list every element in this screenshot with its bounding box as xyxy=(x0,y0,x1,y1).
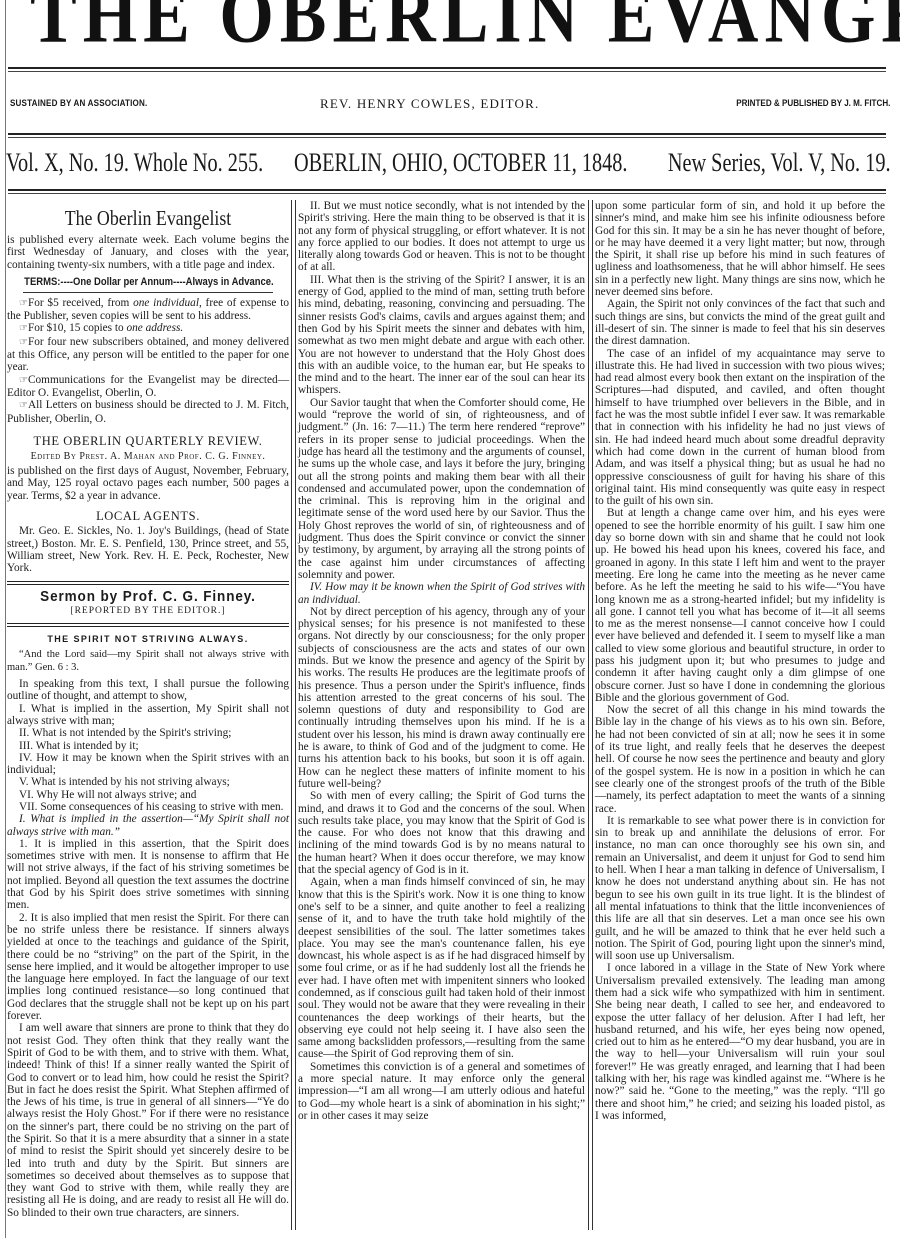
outline-item: VI. Why He will not always strive; and xyxy=(7,789,289,801)
quarterly-review-editors: Edited By Prest. A. Mahan and Prof. C. G… xyxy=(7,451,289,463)
page-edge xyxy=(5,0,6,1238)
quarterly-review-title: THE OBERLIN QUARTERLY REVIEW. xyxy=(7,433,289,449)
outline-item: III. What is intended by it; xyxy=(7,740,289,752)
notice-item: ☞For $5 received, from one individual, f… xyxy=(7,297,289,323)
sermon-rule-bottom xyxy=(7,623,289,627)
sermon-intro: In speaking from this text, I shall purs… xyxy=(7,678,289,703)
masthead-rule-top-thin xyxy=(8,71,886,72)
body-paragraph: Our Savior taught that when the Comforte… xyxy=(298,397,585,581)
column-1: The Oberlin Evangelist is published ever… xyxy=(7,200,289,1219)
column-divider-1 xyxy=(291,200,296,1230)
issue-row: Vol. X, No. 19. Whole No. 255. OBERLIN, … xyxy=(6,148,891,182)
body-paragraph: Not by direct perception of his agency, … xyxy=(298,606,585,790)
body-paragraph: So with men of every calling; the Spirit… xyxy=(298,790,585,876)
local-agents-title: LOCAL AGENTS. xyxy=(7,510,289,522)
body-paragraph: III. What then is the striving of the Sp… xyxy=(298,274,585,397)
scripture-quote: “And the Lord said—my Spirit shall not a… xyxy=(7,649,289,674)
body-paragraph: But at length a change came over him, an… xyxy=(595,507,885,704)
volume-number: Vol. X, No. 19. Whole No. 255. xyxy=(6,148,263,178)
local-agents-text: Mr. Geo. E. Sickles, No. 1. Joy's Buildi… xyxy=(7,525,289,574)
series-number: New Series, Vol. V, No. 19. xyxy=(668,148,891,178)
outline-item: IV. How it may be known when the Spirit … xyxy=(7,752,289,777)
terms-rule xyxy=(23,292,273,293)
body-paragraph: Again, the Spirit not only convinces of … xyxy=(595,298,885,347)
info-box-title: The Oberlin Evangelist xyxy=(28,206,268,230)
quarterly-review-description: is published on the first days of August… xyxy=(7,465,289,502)
notice-item: ☞All Letters on business should be direc… xyxy=(7,399,289,425)
outline-item: I. What is implied in the assertion, My … xyxy=(7,703,289,728)
sermon-rule-top xyxy=(7,581,289,585)
notice-item: ☞For four new subscribers obtained, and … xyxy=(7,336,289,374)
sponsor-row: SUSTAINED BY AN ASSOCIATION. REV. HENRY … xyxy=(10,98,890,118)
terms-line: TERMS:----One Dollar per Annum----Always… xyxy=(7,274,291,290)
masthead-rule-top xyxy=(8,67,886,69)
dateline: OBERLIN, OHIO, OCTOBER 11, 1848. xyxy=(294,148,627,178)
sermon-subtitle: THE SPIRIT NOT STRIVING ALWAYS. xyxy=(7,633,289,645)
info-box-description: is published every alternate week. Each … xyxy=(7,234,289,271)
issue-rule-thin xyxy=(8,193,886,194)
body-paragraph: I once labored in a village in the State… xyxy=(595,962,885,1122)
pointing-hand-icon: ☞ xyxy=(19,375,28,386)
reported-by: [REPORTED BY THE EDITOR.] xyxy=(7,605,289,617)
body-paragraph: Now the secret of all this change in his… xyxy=(595,704,885,815)
outline-item: VII. Some consequences of his ceasing to… xyxy=(7,801,289,813)
sermon-title: Sermon by Prof. C. G. Finney. xyxy=(21,591,275,603)
pointing-hand-icon: ☞ xyxy=(19,400,28,411)
body-paragraph: 2. It is also implied that men resist th… xyxy=(7,912,289,1023)
notice-item: ☞For $10, 15 copies to one address. xyxy=(7,322,289,335)
sponsor-text: SUSTAINED BY AN ASSOCIATION. xyxy=(10,98,147,109)
body-paragraph: Again, when a man finds himself convince… xyxy=(298,876,585,1060)
column-3: upon some particular form of sin, and ho… xyxy=(595,200,885,1122)
outline-item: V. What is intended by his not striving … xyxy=(7,776,289,788)
masthead: THE OBERLIN EVANGELIST. xyxy=(0,0,900,60)
notice-item: ☞Communications for the Evangelist may b… xyxy=(7,374,289,400)
pointing-hand-icon: ☞ xyxy=(19,337,28,348)
publisher-text: PRINTED & PUBLISHED BY J. M. FITCH. xyxy=(736,98,890,109)
outline-item: II. What is not intended by the Spirit's… xyxy=(7,727,289,739)
column-divider-2 xyxy=(588,200,593,1230)
sponsor-rule xyxy=(8,133,886,135)
body-paragraph: 1. It is implied in this assertion, that… xyxy=(7,838,289,912)
body-paragraph: Sometimes this conviction is of a genera… xyxy=(298,1061,585,1122)
section-heading: I. What is implied in the assertion—“My … xyxy=(7,813,289,838)
body-paragraph: II. But we must notice secondly, what is… xyxy=(298,200,585,274)
pointing-hand-icon: ☞ xyxy=(19,298,28,309)
body-paragraph: It is remarkable to see what power there… xyxy=(595,815,885,963)
sponsor-rule-thin xyxy=(8,137,886,138)
masthead-title: THE OBERLIN EVANGELIST. xyxy=(30,0,870,60)
issue-rule xyxy=(8,189,886,191)
body-paragraph: upon some particular form of sin, and ho… xyxy=(595,200,885,298)
editor-text: REV. HENRY COWLES, EDITOR. xyxy=(320,96,539,112)
pointing-hand-icon: ☞ xyxy=(19,323,28,334)
column-2: II. But we must notice secondly, what is… xyxy=(298,200,585,1122)
body-paragraph: The case of an infidel of my acquaintanc… xyxy=(595,348,885,508)
newspaper-page: THE OBERLIN EVANGELIST. SUSTAINED BY AN … xyxy=(0,0,900,1238)
body-paragraph: I am well aware that sinners are prone t… xyxy=(7,1022,289,1219)
section-heading: IV. How may it be known when the Spirit … xyxy=(298,581,585,606)
